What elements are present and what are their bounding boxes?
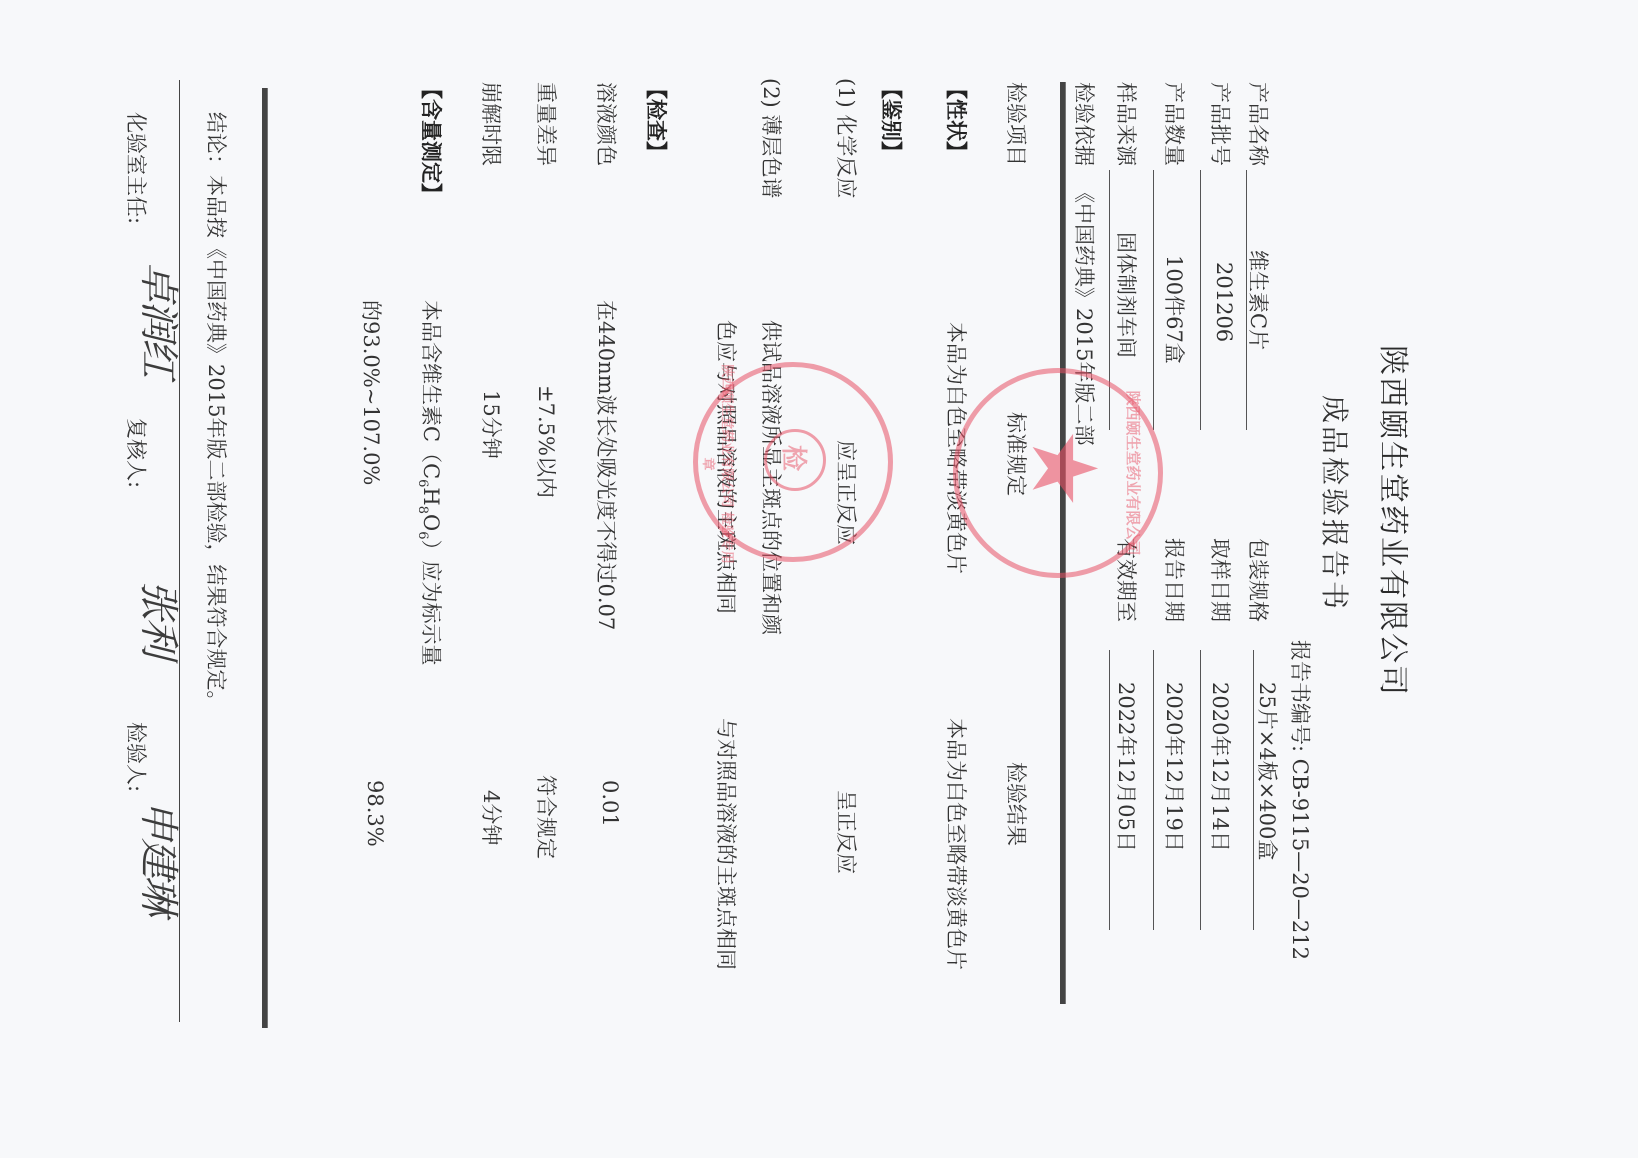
reviewer-signature: 张利 — [133, 580, 190, 656]
underline — [1109, 650, 1110, 930]
check-2-standard: ±7.5%以内 — [532, 385, 562, 498]
info-label-product-name: 产品名称 — [1244, 82, 1274, 166]
section-assay: 【含量测定】 — [417, 78, 447, 204]
check-3-standard: 15分钟 — [477, 390, 507, 459]
character-result: 本品为白色至略带淡黄色片 — [942, 718, 972, 970]
info-label-package: 包装规格 — [1244, 538, 1274, 622]
underline — [1200, 650, 1201, 930]
lab-director-label: 化验室主任: — [122, 112, 152, 224]
identification-2-result: 与对照品溶液的主斑点相同 — [712, 718, 742, 970]
check-1-result: 0.01 — [598, 780, 622, 827]
report-title: 成品检验报告书 — [1316, 395, 1356, 612]
check-2-result: 符合规定 — [532, 775, 562, 859]
info-label-batch: 产品批号 — [1206, 82, 1236, 166]
underline — [1246, 170, 1247, 430]
inspection-report-page: 陕西颐生堂药业有限公司 成品检验报告书 报告书编号: CB-9115—20—21… — [0, 0, 1638, 1158]
check-1-standard: 在440nm波长处吸光度不得过0.07 — [592, 300, 622, 630]
info-value-expiry: 2022年12月05日 — [1112, 682, 1142, 852]
info-value-batch: 201206 — [1212, 262, 1236, 342]
inspector-label: 检验人: — [122, 722, 152, 792]
check-1-name: 溶液颜色 — [592, 82, 622, 166]
underline — [1153, 170, 1154, 430]
info-label-quantity: 产品数量 — [1160, 82, 1190, 166]
section-character: 【性状】 — [942, 78, 972, 162]
identification-2-name: (2) 薄层色谱 — [757, 78, 787, 198]
section-checks: 【检查】 — [642, 78, 672, 162]
section-identification: 【鉴别】 — [877, 78, 907, 162]
formula-subscript: 8 — [415, 506, 430, 514]
check-3-result: 4分钟 — [477, 790, 507, 845]
identification-1-result: 呈正反应 — [832, 790, 862, 874]
info-value-report-date: 2020年12月19日 — [1160, 682, 1190, 852]
qc-seal-center: 检 — [777, 445, 814, 471]
header-item: 检验项目 — [1002, 82, 1032, 166]
company-seal: ★ 陕西颐生堂药业有限公司 — [953, 368, 1163, 578]
info-label-report-date: 报告日期 — [1160, 538, 1190, 622]
divider — [262, 88, 268, 1028]
conclusion: 结论：本品按《中国药典》2015年版二部检验，结果符合规定。 — [202, 112, 232, 711]
company-seal-text: 陕西颐生堂药业有限公司 — [1123, 363, 1144, 583]
qc-seal-text: 陕西颐生堂药业有限公司 检验专用章 — [700, 359, 738, 569]
report-number-value: CB-9115—20—212 — [1288, 759, 1312, 960]
inspector-signature: 申建琳 — [133, 800, 190, 914]
report-number-label: 报告书编号: — [1288, 640, 1312, 752]
assay-standard-line1: 本品含维生素C（C6H8O6）应为标示量 — [415, 300, 447, 666]
info-label-sampling-date: 取样日期 — [1206, 538, 1236, 622]
assay-standard-prefix: 本品含维生素C（C — [419, 300, 443, 479]
info-value-sampling-date: 2020年12月14日 — [1206, 682, 1236, 852]
info-label-source: 样品来源 — [1112, 82, 1142, 166]
info-value-quantity: 100件67盒 — [1160, 255, 1190, 364]
report-number: 报告书编号: CB-9115—20—212 — [1286, 640, 1316, 960]
assay-standard-suffix: ）应为标示量 — [419, 540, 443, 666]
assay-result: 98.3% — [363, 780, 387, 847]
star-icon: ★ — [1018, 428, 1108, 509]
identification-1-name: (1) 化学反应 — [832, 78, 862, 198]
underline — [1153, 650, 1154, 930]
underline — [1253, 650, 1254, 930]
formula-element: O — [419, 514, 443, 531]
info-label-basis: 检验依据 — [1070, 82, 1100, 166]
underline — [1200, 170, 1201, 430]
formula-subscript: 6 — [415, 531, 430, 539]
lab-director-signature: 卓润红 — [133, 262, 190, 376]
qc-seal: 检 陕西颐生堂药业有限公司 检验专用章 — [693, 362, 893, 562]
reviewer-label: 复核人: — [122, 418, 152, 488]
header-result: 检验结果 — [1002, 762, 1032, 846]
company-name: 陕西颐生堂药业有限公司 — [1374, 345, 1418, 697]
info-value-product-name: 维生素C片 — [1244, 250, 1274, 350]
info-value-source: 固体制剂车间 — [1112, 232, 1142, 358]
assay-standard-line2: 的93.0%~107.0% — [357, 300, 387, 485]
formula-element: H — [419, 487, 443, 505]
info-value-package: 25片×4板×400盒 — [1253, 682, 1283, 860]
check-3-name: 崩解时限 — [477, 82, 507, 166]
check-2-name: 重量差异 — [532, 82, 562, 166]
